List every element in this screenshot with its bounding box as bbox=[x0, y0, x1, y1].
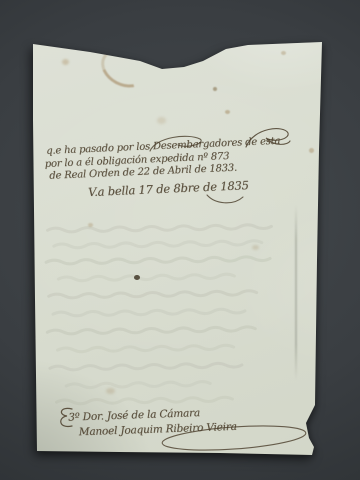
flourish bbox=[244, 123, 294, 151]
foxing-stain bbox=[62, 59, 69, 65]
foxing-stain bbox=[213, 87, 217, 91]
photo-background: q.e ha pasado por los Desembargadores de… bbox=[0, 0, 360, 480]
flourish bbox=[205, 192, 247, 208]
bleed-through-lines bbox=[43, 218, 316, 409]
foxing-stain bbox=[157, 117, 166, 124]
manuscript-page: q.e ha pasado por los Desembargadores de… bbox=[0, 0, 360, 480]
foxing-stain bbox=[225, 110, 230, 114]
flourish bbox=[56, 406, 78, 432]
flourish bbox=[148, 133, 208, 155]
curved-stain bbox=[94, 41, 153, 95]
paper-shadow: q.e ha pasado por los Desembargadores de… bbox=[0, 0, 360, 480]
foxing-stain bbox=[281, 51, 286, 55]
flourish bbox=[158, 422, 310, 454]
